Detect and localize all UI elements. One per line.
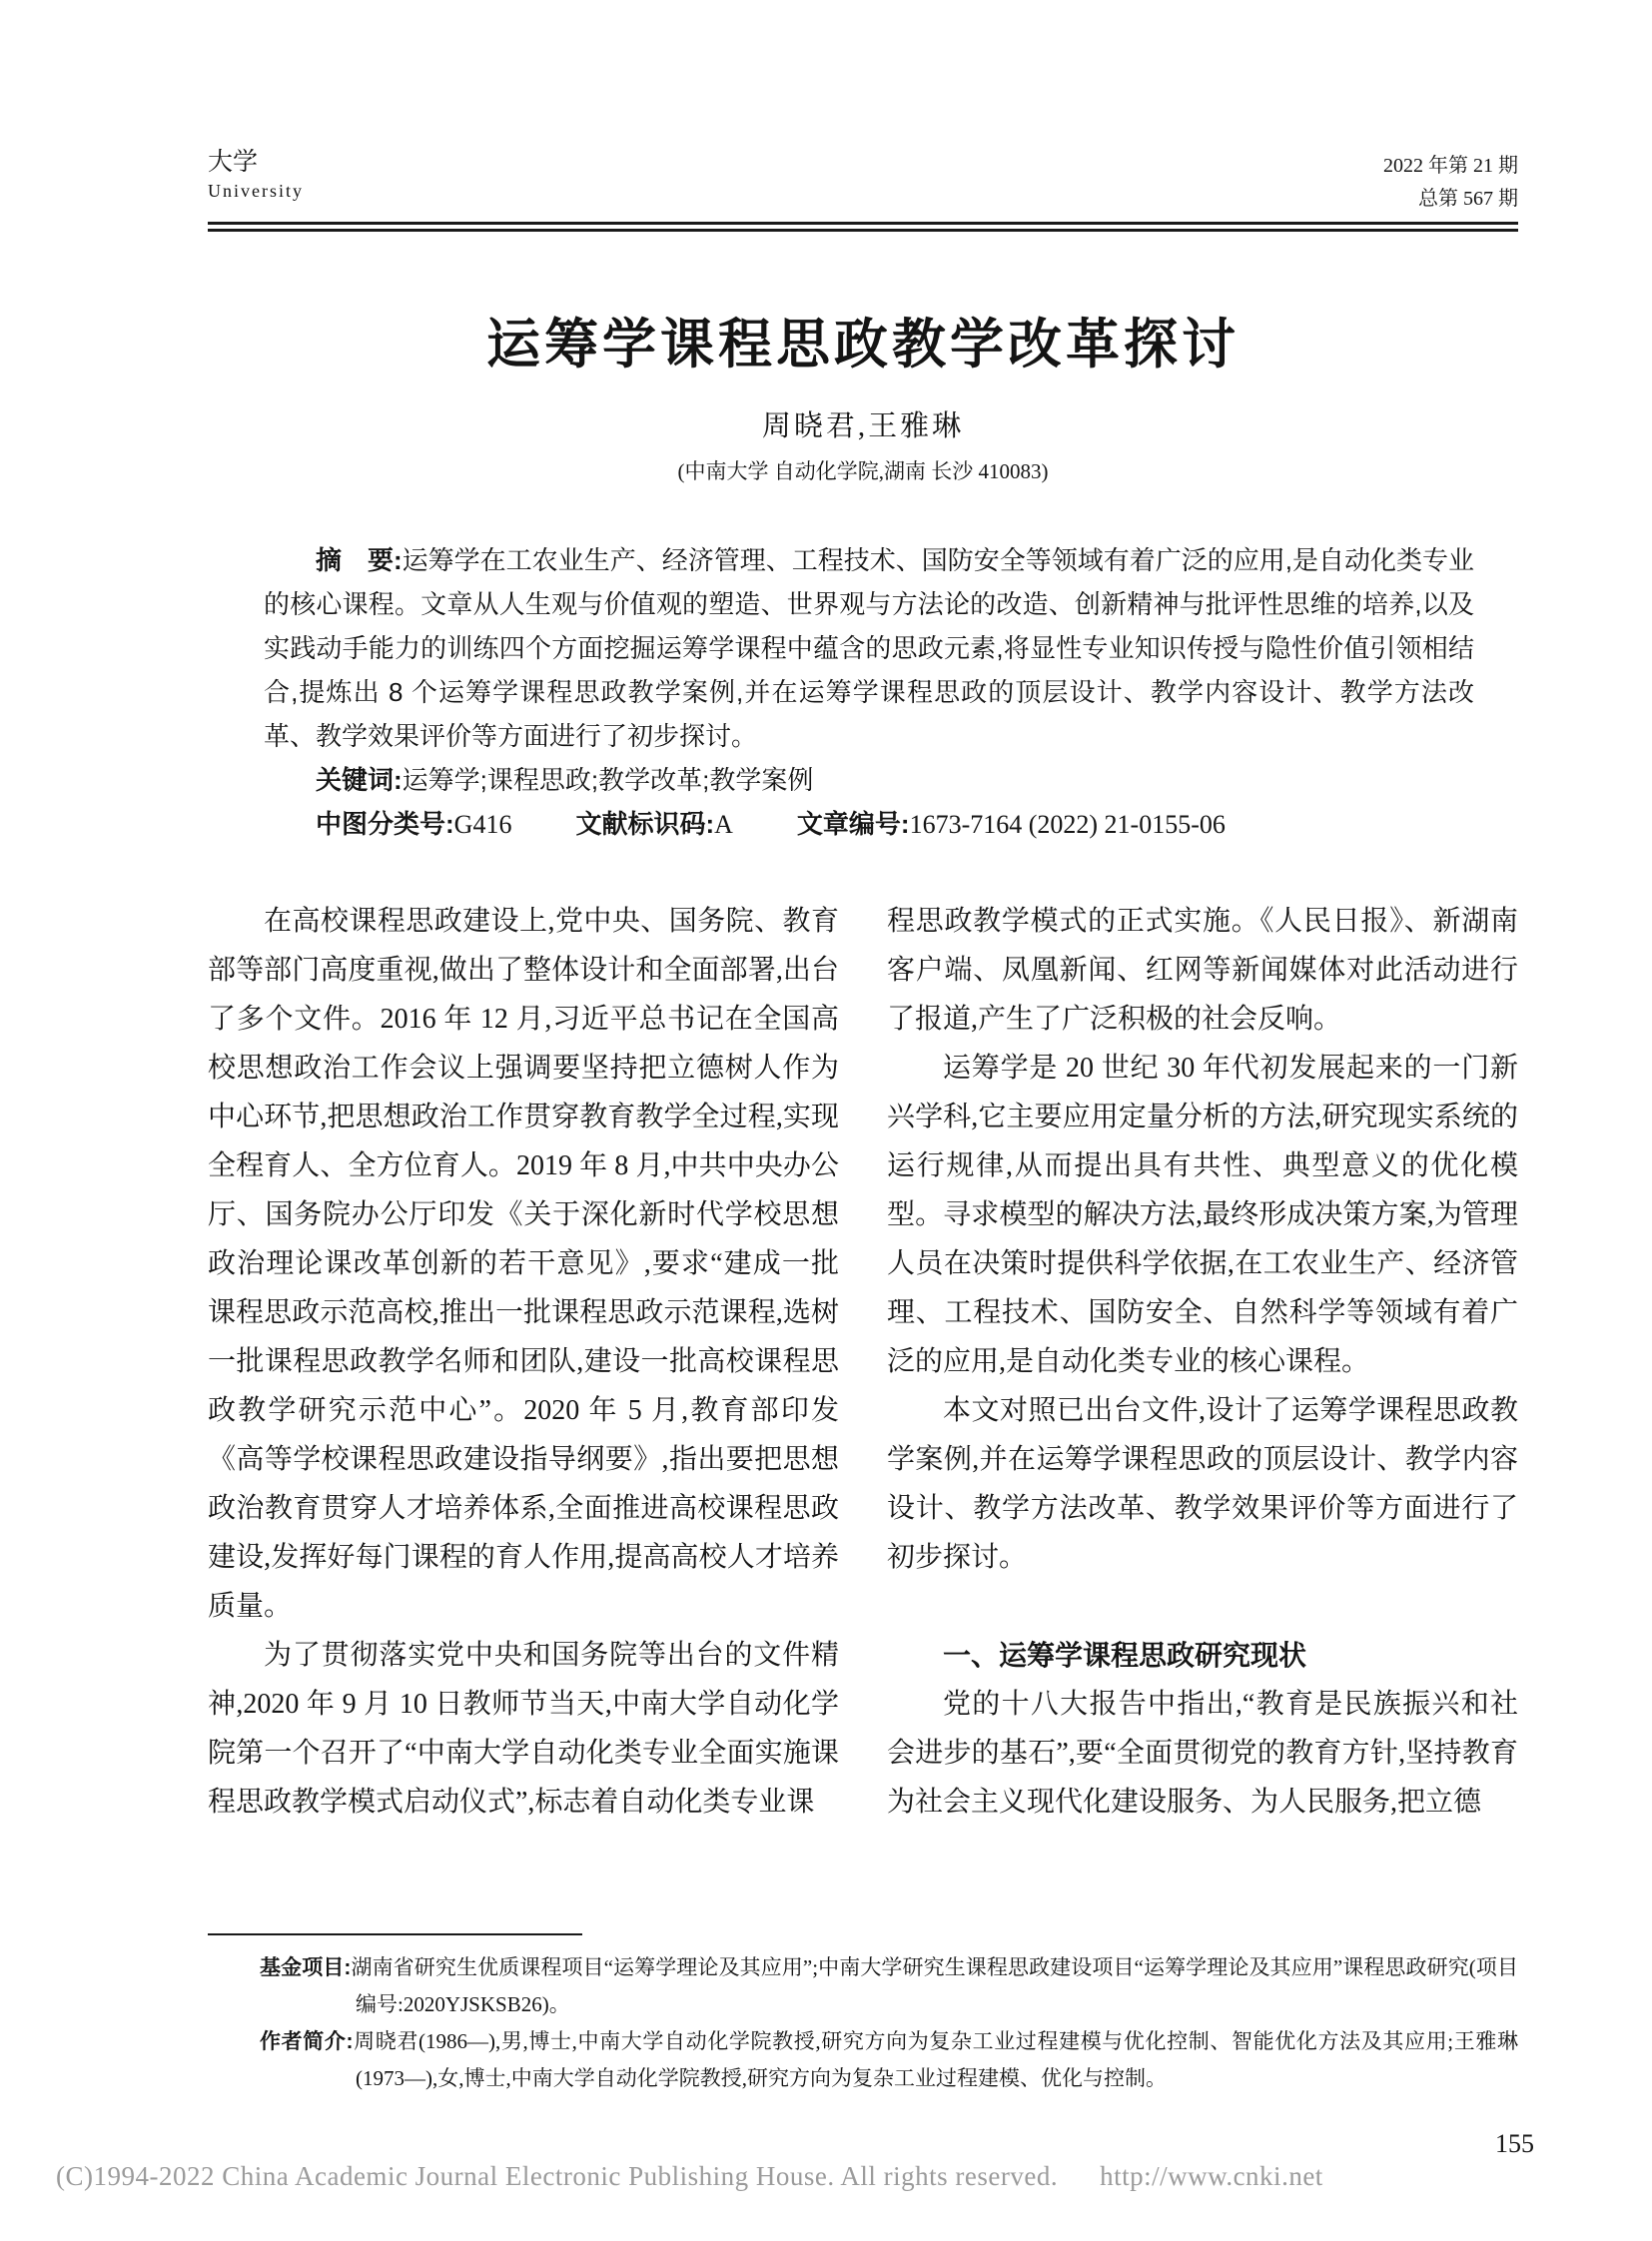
footnote-authors-label: 作者简介:	[260, 2030, 354, 2053]
paragraph: 党的十八大报告中指出,“教育是民族振兴和社会进步的基石”,要“全面贯彻党的教育方…	[887, 1680, 1518, 1827]
article-id-value: 1673-7164 (2022) 21-0155-06	[910, 810, 1226, 839]
footnote-authors: 作者简介:周晓君(1986—),男,博士,中南大学自动化学院教授,研究方向为复杂…	[260, 2023, 1518, 2097]
article-affiliation: (中南大学 自动化学院,湖南 长沙 410083)	[208, 458, 1518, 484]
issue-total: 总第 567 期	[1383, 183, 1518, 216]
issue-block: 2022 年第 21 期 总第 567 期	[1383, 148, 1518, 216]
article-authors: 周晓君,王雅琳	[208, 409, 1518, 443]
keywords-line: 关键词:运筹学;课程思政;教学改革;教学案例	[264, 758, 1474, 802]
footnote-fund-label: 基金项目:	[260, 1956, 351, 1979]
page-number: 155	[1495, 2129, 1534, 2159]
issue-number: 2022 年第 21 期	[1383, 150, 1518, 183]
page-header: 大学 University 2022 年第 21 期 总第 567 期	[208, 148, 1518, 216]
journal-name: 大学	[208, 148, 304, 178]
abstract-block: 摘 要:运筹学在工农业生产、经济管理、工程技术、国防安全等领域有着广泛的应用,是…	[208, 538, 1518, 847]
keywords-text: 运筹学;课程思政;教学改革;教学案例	[403, 765, 814, 795]
journal-page: 大学 University 2022 年第 21 期 总第 567 期 运筹学课…	[0, 0, 1652, 2241]
article-id-label: 文章编号:	[797, 809, 910, 839]
paragraph: 程思政教学模式的正式实施。《人民日报》、新湖南客户端、凤凰新闻、红网等新闻媒体对…	[887, 897, 1518, 1044]
paragraph: 运筹学是 20 世纪 30 年代初发展起来的一门新兴学科,它主要应用定量分析的方…	[887, 1044, 1518, 1386]
paragraph: 本文对照已出台文件,设计了运筹学课程思政教学案例,并在运筹学课程思政的顶层设计、…	[887, 1386, 1518, 1582]
copyright-text: (C)1994-2022 China Academic Journal Elec…	[56, 2161, 1058, 2191]
footnote-authors-text: 周晓君(1986—),男,博士,中南大学自动化学院教授,研究方向为复杂工业过程建…	[354, 2029, 1519, 2090]
footnote-fund-text: 湖南省研究生优质课程项目“运筹学理论及其应用”;中南大学研究生课程思政建设项目“…	[351, 1955, 1518, 2016]
body-left-column: 在高校课程思政建设上,党中央、国务院、教育部等部门高度重视,做出了整体设计和全面…	[208, 897, 839, 1880]
clc-label: 中图分类号:	[316, 809, 454, 839]
cnki-url: http://www.cnki.net	[1100, 2161, 1323, 2191]
article-title: 运筹学课程思政教学改革探讨	[208, 314, 1518, 375]
footnotes-block: 基金项目:湖南省研究生优质课程项目“运筹学理论及其应用”;中南大学研究生课程思政…	[208, 1933, 1518, 2097]
body-columns: 在高校课程思政建设上,党中央、国务院、教育部等部门高度重视,做出了整体设计和全面…	[208, 897, 1518, 1880]
doc-code-value: A	[714, 810, 733, 839]
page-content: 大学 University 2022 年第 21 期 总第 567 期 运筹学课…	[0, 0, 1652, 1880]
classification-line: 中图分类号:G416文献标识码:A文章编号:1673-7164 (2022) 2…	[264, 802, 1474, 847]
paragraph: 在高校课程思政建设上,党中央、国务院、教育部等部门高度重视,做出了整体设计和全面…	[208, 897, 839, 1631]
section-heading: 一、运筹学课程思政研究现状	[887, 1631, 1518, 1680]
abstract-paragraph: 摘 要:运筹学在工农业生产、经济管理、工程技术、国防安全等领域有着广泛的应用,是…	[264, 538, 1474, 758]
journal-name-en: University	[208, 178, 304, 204]
header-double-rule	[208, 222, 1518, 232]
footnote-fund: 基金项目:湖南省研究生优质课程项目“运筹学理论及其应用”;中南大学研究生课程思政…	[260, 1949, 1518, 2023]
journal-name-block: 大学 University	[208, 148, 304, 204]
paragraph: 为了贯彻落实党中央和国务院等出台的文件精神,2020 年 9 月 10 日教师节…	[208, 1631, 839, 1827]
body-right-column: 程思政教学模式的正式实施。《人民日报》、新湖南客户端、凤凰新闻、红网等新闻媒体对…	[887, 897, 1518, 1880]
abstract-text: 运筹学在工农业生产、经济管理、工程技术、国防安全等领域有着广泛的应用,是自动化类…	[264, 545, 1474, 751]
clc-value: G416	[454, 810, 512, 839]
keywords-label: 关键词:	[316, 765, 403, 795]
doc-code-label: 文献标识码:	[575, 809, 714, 839]
footnote-divider	[208, 1933, 582, 1935]
copyright-notice: (C)1994-2022 China Academic Journal Elec…	[56, 2161, 1323, 2192]
abstract-label: 摘 要:	[316, 545, 403, 575]
